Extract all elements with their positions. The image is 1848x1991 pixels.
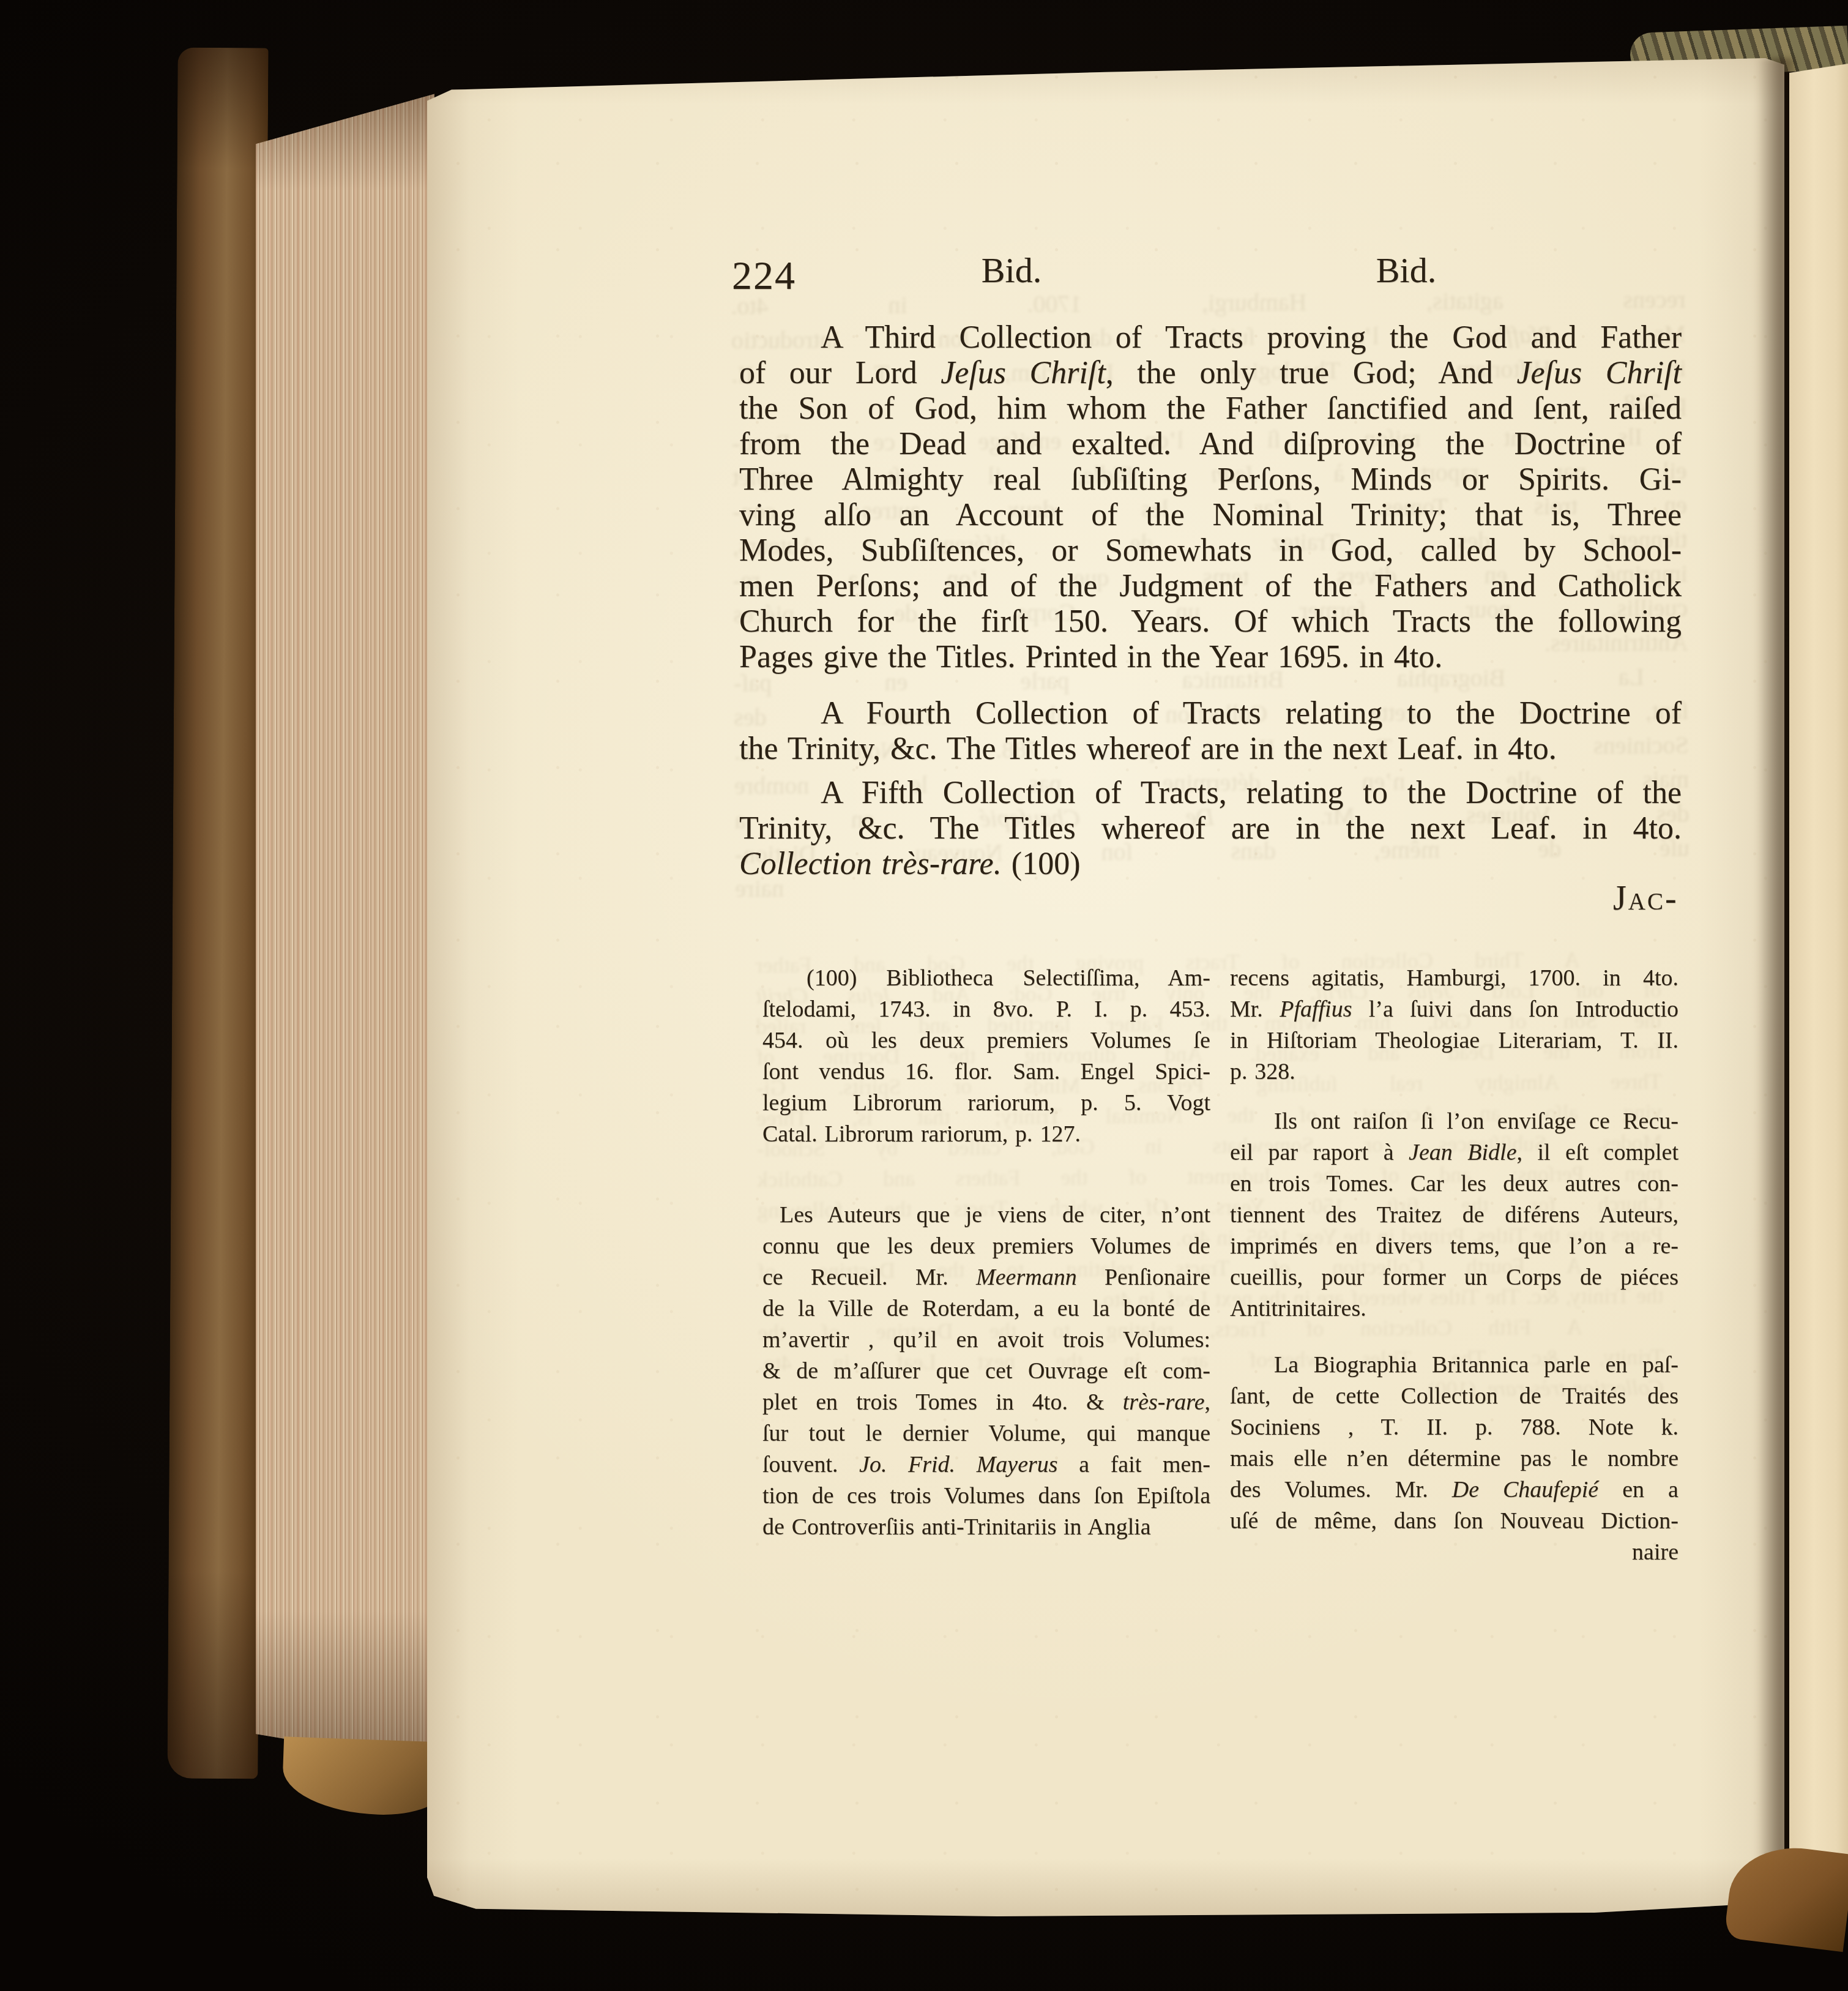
text-line: en trois Tomes. Car les deux autres con-: [1230, 1168, 1678, 1200]
paragraph: Les Auteurs que je viens de citer, n’ont…: [762, 1200, 1210, 1543]
text-line: legium Librorum rariorum, p. 5. Vogt: [762, 1088, 1210, 1119]
text-line: La Biographia Britannica parle en paſ-: [1230, 1350, 1678, 1381]
text-line: Church for the firſt 150. Years. Of whic…: [739, 604, 1682, 640]
paragraph: La Biographia Britannica parle en paſ-ſa…: [1230, 1350, 1678, 1568]
text-line: ce Recueil. Mr. Meermann Penſionaire: [762, 1262, 1210, 1293]
text-line: naire: [1230, 1537, 1678, 1568]
text-line: Les Auteurs que je viens de citer, n’ont: [762, 1200, 1210, 1231]
running-header-left: Bid.: [944, 252, 1079, 289]
text-line: m’avertir , qu’il en avoit trois Volumes…: [762, 1324, 1210, 1356]
text-line: Three Almighty real ſubſiſting Perſons, …: [739, 462, 1682, 498]
catchword: Jac-: [1613, 881, 1678, 916]
text-line: (100) Bibliotheca Selectiſſima, Am-: [762, 963, 1210, 994]
text-line: Trinity, &c. The Titles whereof are in t…: [739, 811, 1682, 846]
text-line: Mr. Pfaffius l’a ſuivi dans ſon Introduc…: [1230, 994, 1678, 1025]
paragraph: recens agitatis, Hamburgi, 1700. in 4to.…: [1230, 963, 1678, 1088]
cover-corner: [281, 1736, 448, 1817]
text-line: Collection très-rare. (100): [739, 846, 1682, 882]
text-line: uſé de même, dans ſon Nouveau Diction-: [1230, 1506, 1678, 1537]
text-line: the Trinity, &c. The Titles whereof are …: [739, 731, 1682, 767]
text-line: cueillis, pour former un Corps de piéces: [1230, 1262, 1678, 1293]
paragraph: A Third Collection of Tracts proving the…: [739, 320, 1682, 675]
text-line: mais elle n’en détermine pas le nombre: [1230, 1443, 1678, 1474]
text-line: Ils ont raiſon ſi l’on enviſage ce Recu-: [1230, 1106, 1678, 1137]
text-line: & de m’aſſurer que cet Ouvrage eſt com-: [762, 1356, 1210, 1387]
text-line: connu que les deux premiers Volumes de: [762, 1231, 1210, 1262]
text-line: de Controverſiis anti-Trinitariis in Ang…: [762, 1512, 1210, 1543]
footnote-column-left: (100) Bibliotheca Selectiſſima, Am-ſtelo…: [762, 963, 1210, 1543]
text-line: Antitrinitaires.: [1230, 1293, 1678, 1324]
page-number: 224: [732, 255, 873, 297]
text-line: the Son of God, him whom the Father ſanc…: [739, 391, 1682, 427]
text-line: ſont vendus 16. flor. Sam. Engel Spici-: [762, 1056, 1210, 1088]
text-line: from the Dead and exalted. And diſprovin…: [739, 427, 1682, 462]
fore-edge-page-stack: [256, 91, 434, 1759]
text-line: tion de ces trois Volumes dans ſon Epiſt…: [762, 1481, 1210, 1512]
footnote-column-right: recens agitatis, Hamburgi, 1700. in 4to.…: [1230, 963, 1678, 1568]
text-line: ſtelodami, 1743. in 8vo. P. I. p. 453.: [762, 994, 1210, 1025]
text-line: ſant, de cette Collection de Traités des: [1230, 1381, 1678, 1412]
text-line: A Fifth Collection of Tracts, relating t…: [739, 775, 1682, 811]
text-line: A Third Collection of Tracts proving the…: [739, 320, 1682, 356]
text-line: men Perſons; and of the Judgment of the …: [739, 569, 1682, 604]
paragraph: (100) Bibliotheca Selectiſſima, Am-ſtelo…: [762, 963, 1210, 1150]
text-line: p. 328.: [1230, 1056, 1678, 1088]
text-line: in Hiſtoriam Theologiae Literariam, T. I…: [1230, 1025, 1678, 1056]
text-line: de la Ville de Roterdam, a eu la bonté d…: [762, 1293, 1210, 1324]
text-line: eil par raport à Jean Bidle, il eſt comp…: [1230, 1137, 1678, 1168]
book-photo: recens agitatis, Hamburgi, 1700. in 4to.…: [0, 0, 1848, 1991]
main-text-block: A Third Collection of Tracts proving the…: [739, 320, 1682, 882]
text-line: Sociniens , T. II. p. 788. Note k.: [1230, 1412, 1678, 1443]
paragraph: Ils ont raiſon ſi l’on enviſage ce Recu-…: [1230, 1106, 1678, 1324]
next-page-sliver: [1789, 64, 1848, 1910]
text-line: ſur tout le dernier Volume, qui manque: [762, 1418, 1210, 1449]
running-header-right: Bid.: [1339, 252, 1474, 289]
text-line: 454. où les deux premiers Volumes ſe: [762, 1025, 1210, 1056]
text-line: Pages give the Titles. Printed in the Ye…: [739, 640, 1682, 675]
text-line: recens agitatis, Hamburgi, 1700. in 4to.: [731, 283, 1685, 324]
text-line: ving alſo an Account of the Nominal Trin…: [739, 498, 1682, 533]
text-line: Catal. Librorum rariorum, p. 127.: [762, 1119, 1210, 1150]
text-line: of our Lord Jeſus Chriſt, the only true …: [739, 356, 1682, 391]
text-line: des Volumes. Mr. De Chaufepié en a: [1230, 1474, 1678, 1506]
book-cover-edge: [167, 48, 268, 1779]
text-line: recens agitatis, Hamburgi, 1700. in 4to.: [1230, 963, 1678, 994]
text-line: plet en trois Tomes in 4to. & très-rare,: [762, 1387, 1210, 1418]
paragraph: A Fifth Collection of Tracts, relating t…: [739, 775, 1682, 882]
paragraph: A Fourth Collection of Tracts relating t…: [739, 696, 1682, 767]
text-line: tiennent des Traitez de diférens Auteurs…: [1230, 1200, 1678, 1231]
text-line: imprimés en divers tems, que l’on a re-: [1230, 1231, 1678, 1262]
text-line: Modes, Subſiſtences, or Somewhats in God…: [739, 533, 1682, 569]
text-line: ſouvent. Jo. Frid. Mayerus a fait men-: [762, 1449, 1210, 1481]
page-content: recens agitatis, Hamburgi, 1700. in 4to.…: [427, 58, 1784, 1916]
text-line: A Fourth Collection of Tracts relating t…: [739, 696, 1682, 731]
